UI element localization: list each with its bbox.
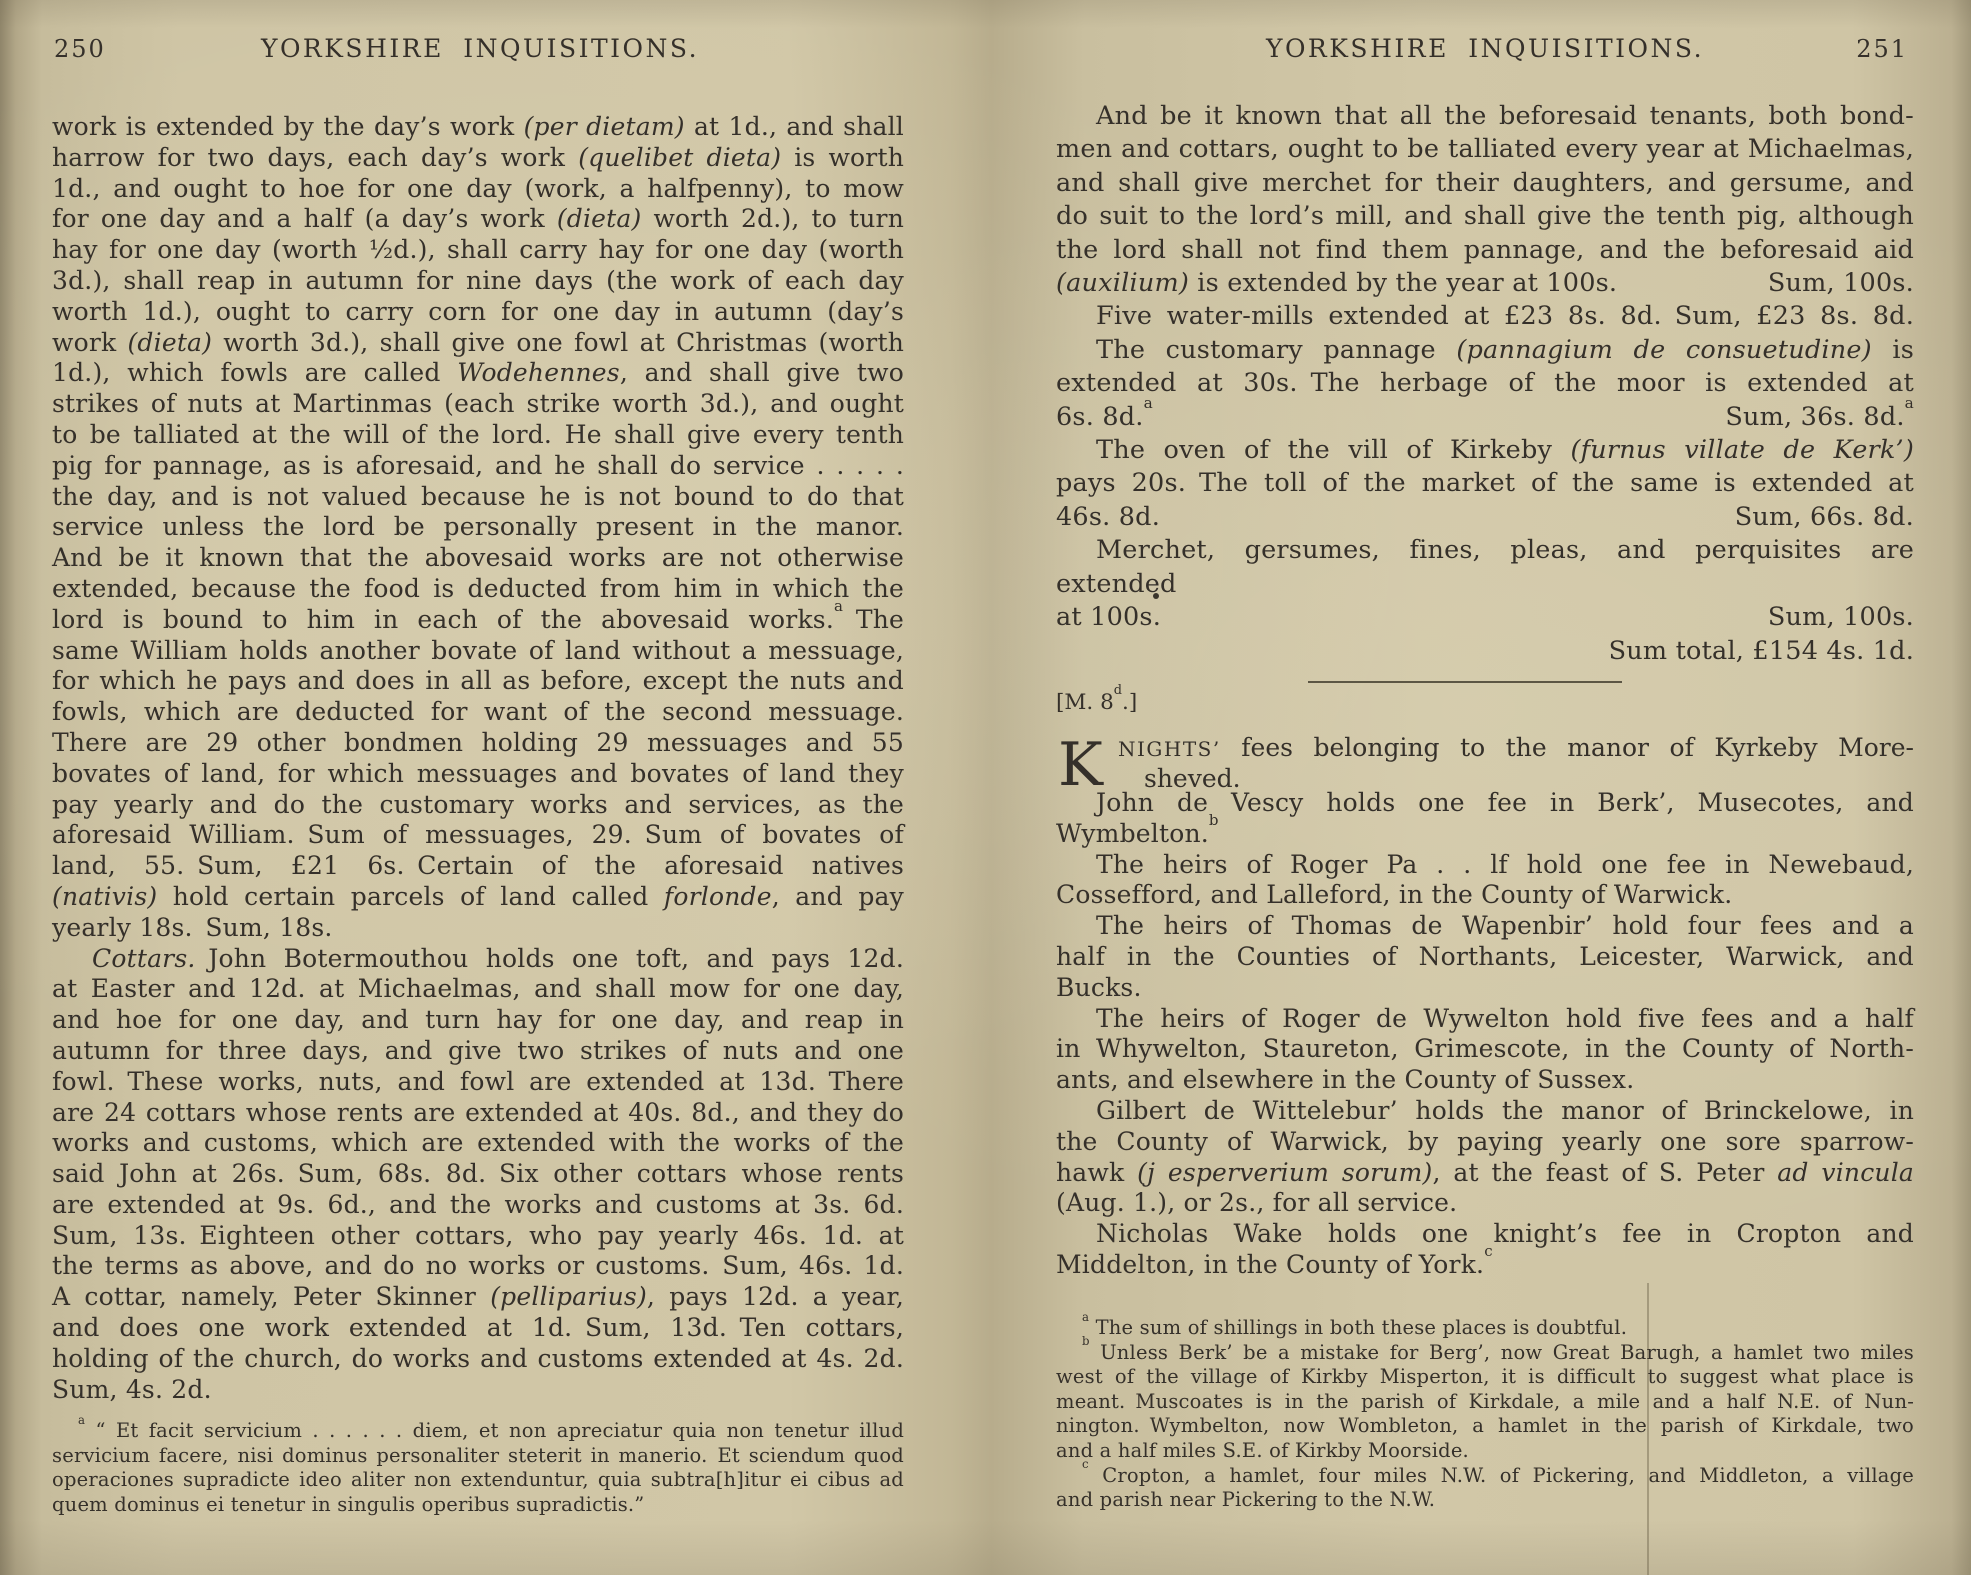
left-page: 250 YORKSHIRE INQUISITIONS. work is exte… [52,0,908,1575]
text-line: a The sum of shillings in both these pla… [1056,1316,1914,1341]
text-line: men and cottars, ought to be talliated e… [1056,133,1914,166]
text-line: Cossefford, and Lalleford, in the County… [1056,880,1914,911]
drop-cap: K [1058,736,1103,794]
text-line: Merchet, gersumes, fines, pleas, and per… [1056,534,1914,601]
line-right-text: Sum, 36s. 8d.a [1725,401,1914,434]
text-line: for which he pays and does in all as bef… [52,666,904,697]
text-line: strikes of nuts at Martinmas (each strik… [52,389,904,420]
text-line: to be talliated at the will of the lord.… [52,420,904,451]
text-line: harrow for two days, each day’s work (qu… [52,143,904,174]
text-line: said John at 26s. Sum, 68s. 8d. Six othe… [52,1159,904,1190]
text-line: quem dominus ei tenetur in singulis oper… [52,1493,904,1518]
running-title-left: YORKSHIRE INQUISITIONS. [52,34,908,63]
text-line: land, 55. Sum, £21 6s. Certain of the af… [52,851,904,882]
text-line: pay yearly and do the customary works an… [52,790,904,821]
text-line-split: 46s. 8d.Sum, 66s. 8d. [1056,501,1914,534]
text-line: extended at 30s. The herbage of the moor… [1056,367,1914,400]
line-left-text: (auxilium) is extended by the year at 10… [1056,267,1617,300]
right-page-footnotes: a The sum of shillings in both these pla… [1056,1316,1914,1513]
text-line: do suit to the lord’s mill, and shall gi… [1056,200,1914,233]
text-line: (Aug. 1.), or 2s., for all service. [1056,1188,1914,1219]
text-line: aforesaid William. Sum of messuages, 29.… [52,820,904,851]
text-line: Sum, 13s. Eighteen other cottars, who pa… [52,1221,904,1252]
left-page-header: 250 YORKSHIRE INQUISITIONS. [52,34,908,68]
text-line: extended, because the food is deducted f… [52,574,904,605]
line-left-text: 46s. 8d. [1056,501,1160,534]
text-line: same William holds another bovate of lan… [52,636,904,667]
text-line: the County of Warwick, by paying yearly … [1056,1127,1914,1158]
knights-body: John de Vescy holds one fee in Berk’, Mu… [1056,788,1914,1281]
text-line: meant. Muscoates is in the parish of Kir… [1056,1390,1914,1415]
text-line: operaciones supradicte ideo aliter non e… [52,1468,904,1493]
text-line: 1d., and ought to hoe for one day (work,… [52,174,904,205]
text-line: yearly 18s. Sum, 18s. [52,913,904,944]
knights-smallcaps-word: NIGHTS’ [1118,737,1221,761]
text-line-split: (auxilium) is extended by the year at 10… [1056,267,1914,300]
line-right-text: Sum, 66s. 8d. [1735,501,1914,534]
right-page-body: And be it known that all the beforesaid … [1056,100,1914,668]
text-line: west of the village of Kirkby Misperton,… [1056,1365,1914,1390]
knights-heading-line-1: NIGHTS’ fees belonging to the manor of K… [1118,733,1914,764]
text-line: The heirs of Thomas de Wapenbir’ hold fo… [1056,911,1914,942]
left-page-body: work is extended by the day’s work (per … [52,112,904,1405]
text-line: c Cropton, a hamlet, four miles N.W. of … [1056,1464,1914,1489]
text-line: the lord shall not find them pannage, an… [1056,234,1914,267]
text-line: for one day and a half (a day’s work (di… [52,204,904,235]
text-line: And be it known that all the beforesaid … [1056,100,1914,133]
text-line: Sum, 4s. 2d. [52,1375,904,1406]
text-line: The customary pannage (pannagium de cons… [1056,334,1914,367]
text-line: (nativis) hold certain parcels of land c… [52,882,904,913]
text-line: the day, and is not valued because he is… [52,482,904,513]
line-left-text: 6s. 8d.a [1056,401,1153,434]
text-line: The heirs of Roger de Wywelton hold five… [1056,1004,1914,1035]
text-line: Middelton, in the County of York.c [1056,1250,1914,1281]
text-line: half in the Counties of Northants, Leice… [1056,942,1914,973]
running-title-right: YORKSHIRE INQUISITIONS. [1056,34,1914,63]
text-line: John de Vescy holds one fee in Berk’, Mu… [1056,788,1914,819]
text-line: pays 20s. The toll of the market of the … [1056,467,1914,500]
text-line: the terms as above, and do no works or c… [52,1251,904,1282]
manuscript-reference: [M. 8d.] [1056,691,1137,715]
text-line: 3d.), shall reap in autumn for nine days… [52,266,904,297]
text-line: works and customs, which are extended wi… [52,1128,904,1159]
text-line: fowls, which are deducted for want of th… [52,697,904,728]
text-line: at Easter and 12d. at Michaelmas, and sh… [52,974,904,1005]
text-line: hay for one day (worth ½d.), shall carry… [52,235,904,266]
text-line: hawk (j esperverium sorum), at the feast… [1056,1158,1914,1189]
text-line-split: 6s. 8d.aSum, 36s. 8d.a [1056,401,1914,434]
text-line: autumn for three days, and give two stri… [52,1036,904,1067]
text-line: are 24 cottars whose rents are extended … [52,1098,904,1129]
text-line: service unless the lord be personally pr… [52,512,904,543]
text-line: And be it known that the abovesaid works… [52,543,904,574]
text-line: Cottars. John Botermouthou holds one tof… [52,944,904,975]
text-line: nington. Wymbelton, now Wombleton, a ham… [1056,1414,1914,1439]
text-line: The heirs of Roger Pa . . lf hold one fe… [1056,850,1914,881]
text-line: in Whywelton, Staureton, Grimescote, in … [1056,1034,1914,1065]
text-line: are extended at 9s. 6d., and the works a… [52,1190,904,1221]
text-line: Five water-mills extended at £23 8s. 8d.… [1056,300,1914,333]
text-line: work (dieta) worth 3d.), shall give one … [52,328,904,359]
text-line: b Unless Berk’ be a mistake for Berg’, n… [1056,1341,1914,1366]
line-right-text: Sum, 100s. [1768,601,1914,634]
line-right-text: Sum, 100s. [1768,267,1914,300]
text-line: holding of the church, do works and cust… [52,1344,904,1375]
page-number-right: 251 [1856,35,1908,63]
text-line: Gilbert de Wittelebur’ holds the manor o… [1056,1096,1914,1127]
text-line: and hoe for one day, and turn hay for on… [52,1005,904,1036]
text-line: bovates of land, for which messuages and… [52,759,904,790]
text-line-split: Sum total, £154 4s. 1d. [1056,635,1914,668]
text-line: fowl. These works, nuts, and fowl are ex… [52,1067,904,1098]
text-line: Wymbelton.b [1056,819,1914,850]
line-right-text: Sum total, £154 4s. 1d. [1609,635,1914,668]
text-line: and shall give merchet for their daughte… [1056,167,1914,200]
text-line: There are 29 other bondmen holding 29 me… [52,728,904,759]
text-line: pig for pannage, as is aforesaid, and he… [52,451,904,482]
text-line: and parish near Pickering to the N.W. [1056,1488,1914,1513]
text-line: 1d.), which fowls are called Wodehennes,… [52,358,904,389]
text-line: and does one work extended at 1d. Sum, 1… [52,1313,904,1344]
knights-heading: K NIGHTS’ fees belonging to the manor of… [1056,733,1914,794]
text-line-split: at 100s.Sum, 100s. [1056,601,1914,634]
scan-artifact-line [1647,1283,1649,1575]
knights-heading-rest: fees belonging to the manor of Kyrkeby M… [1221,733,1914,762]
text-line: and a half miles S.E. of Kirkby Moorside… [1056,1439,1914,1464]
ink-dot [1153,593,1159,599]
text-line: a “ Et facit servicium . . . . . . diem,… [52,1419,904,1444]
right-page: YORKSHIRE INQUISITIONS. 251 And be it kn… [1056,0,1914,1575]
line-left-text: at 100s. [1056,601,1161,634]
left-page-footnote: a “ Et facit servicium . . . . . . diem,… [52,1419,904,1517]
right-page-header: YORKSHIRE INQUISITIONS. 251 [1056,34,1914,68]
text-line: A cottar, namely, Peter Skinner (pellipa… [52,1282,904,1313]
text-line: worth 1d.), ought to carry corn for one … [52,297,904,328]
text-line: lord is bound to him in each of the abov… [52,605,904,636]
text-line: Bucks. [1056,973,1914,1004]
text-line: servicium facere, nisi dominus personali… [52,1444,904,1469]
text-line: ants, and elsewhere in the County of Sus… [1056,1065,1914,1096]
text-line: The oven of the vill of Kirkeby (furnus … [1056,434,1914,467]
text-line: work is extended by the day’s work (per … [52,112,904,143]
section-divider [1308,681,1622,683]
